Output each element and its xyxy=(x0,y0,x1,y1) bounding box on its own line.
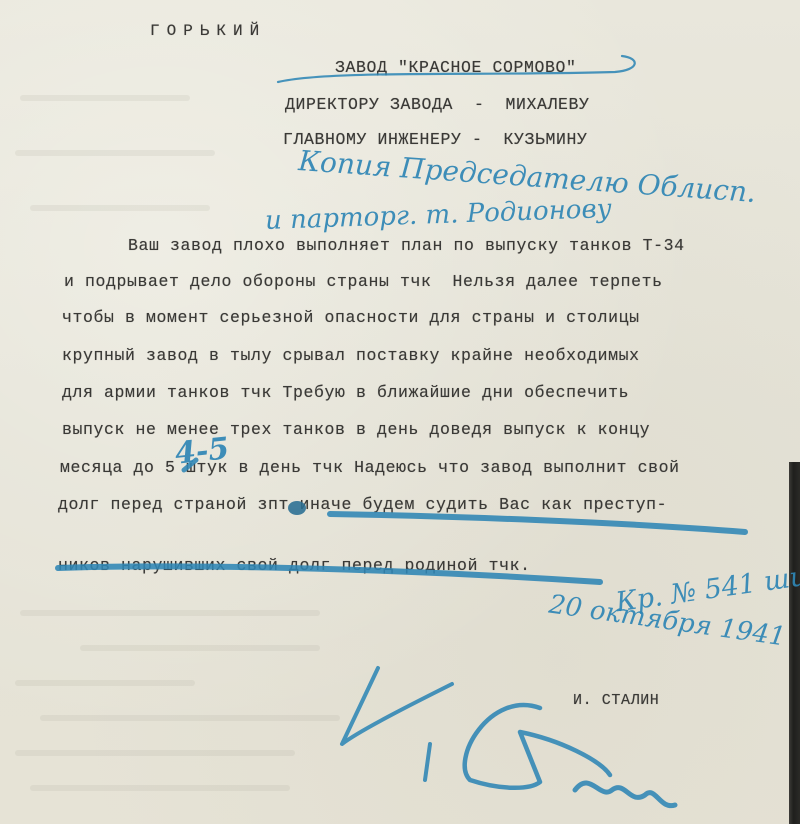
typed-signature: И. СТАЛИН xyxy=(573,692,659,709)
body-line-4: крупный завод в тылу срывал поставку кра… xyxy=(62,346,640,365)
body-line-2: и подрывает дело обороны страны тчк Нель… xyxy=(64,272,663,291)
handwritten-correction: 4-5 xyxy=(173,431,231,471)
body-line-7: месяца до 5 штук в день тчк Надеюсь что … xyxy=(60,458,680,477)
body-line-1: Ваш завод плохо выполняет план по выпуск… xyxy=(128,236,685,255)
background-edge xyxy=(789,462,800,824)
line8-struck: зпт иначе будем судить Вас как преступ- xyxy=(258,495,668,514)
body-line-3: чтобы в момент серьезной опасности для с… xyxy=(62,308,640,327)
body-line-8: долг перед страной зпт иначе будем судит… xyxy=(58,495,667,514)
body-line-5: для армии танков тчк Требую в ближайшие … xyxy=(62,383,629,402)
addressee-director: ДИРЕКТОРУ ЗАВОДА - МИХАЛЕВУ xyxy=(285,95,590,114)
city-heading: ГОРЬКИЙ xyxy=(150,22,266,40)
factory-name: ЗАВОД "КРАСНОЕ СОРМОВО" xyxy=(335,58,577,77)
struck-number: 5 xyxy=(165,458,176,477)
line8-kept: долг перед страной xyxy=(58,495,258,514)
line7-before: месяца до xyxy=(60,458,165,477)
document-page xyxy=(0,0,800,824)
body-line-9: ников нарушивших свой долг перед родиной… xyxy=(58,556,531,575)
body-line-6: выпуск не менее трех танков в день довед… xyxy=(62,420,650,439)
line7-after: штук в день тчк Надеюсь что завод выполн… xyxy=(176,458,680,477)
